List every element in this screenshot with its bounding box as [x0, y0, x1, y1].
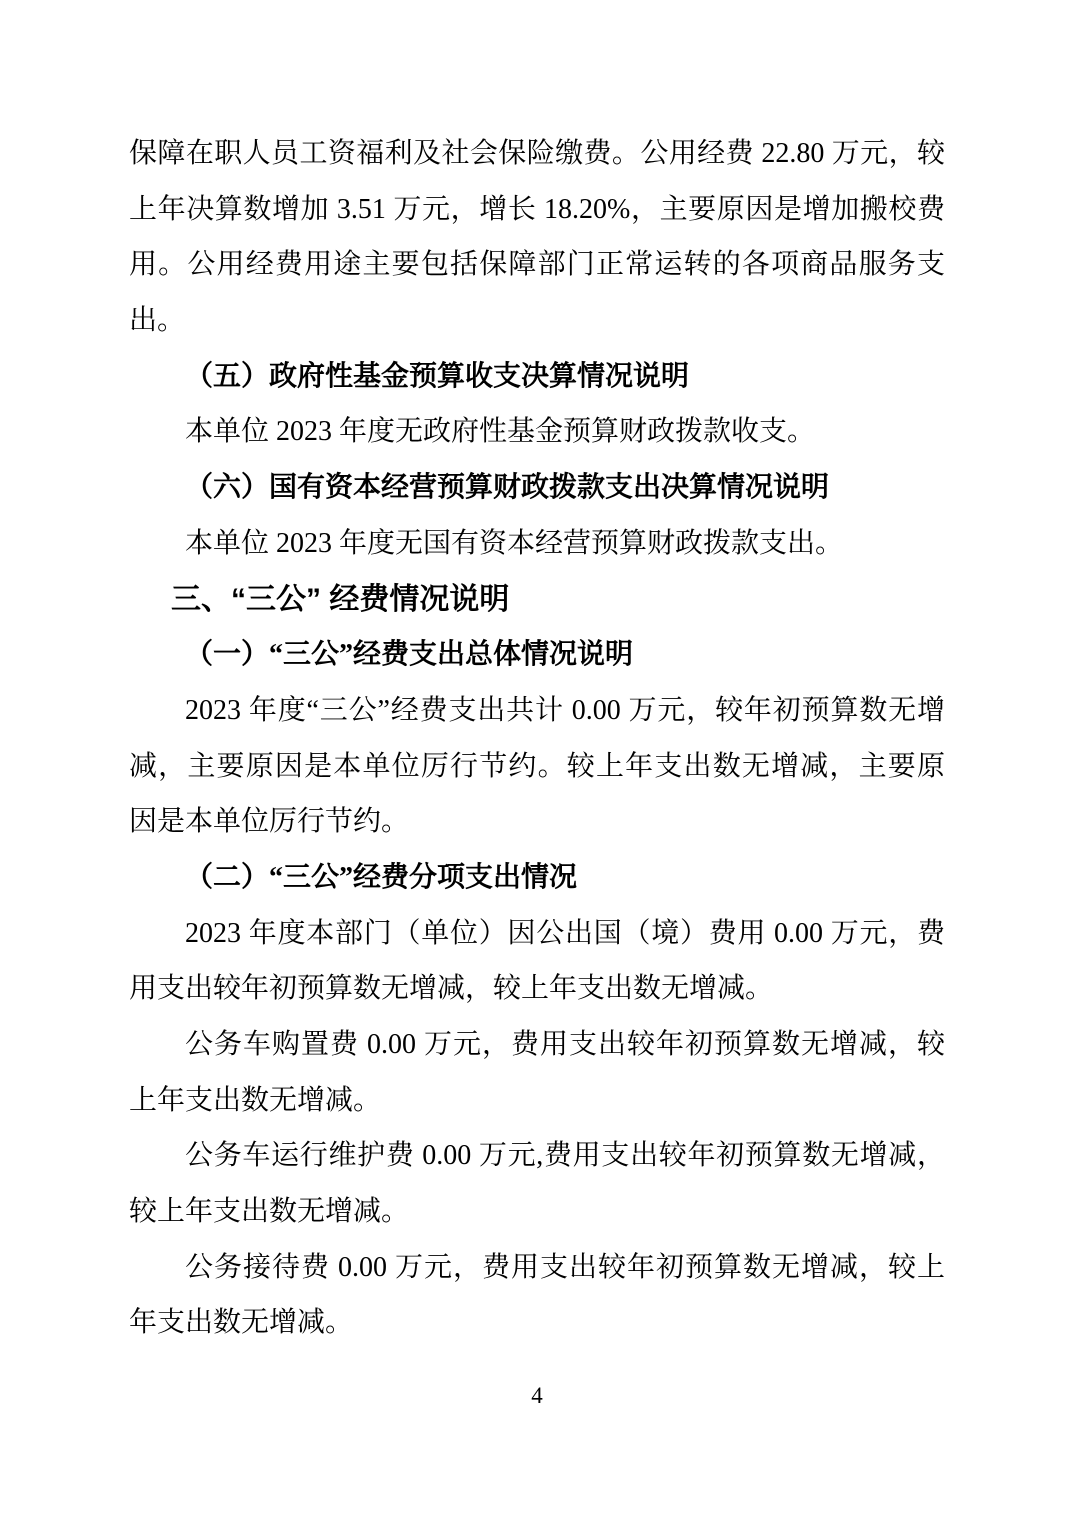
text-line: 上年决算数增加 3.51 万元，增长 18.20%，主要原因是增加搬校费 [129, 182, 945, 238]
section-heading: （五）政府性基金预算收支决算情况说明 [129, 349, 945, 405]
text-line: 因是本单位厉行节约。 [129, 794, 945, 850]
text-line: 公务车运行维护费 0.00 万元,费用支出较年初预算数无增减， [129, 1128, 945, 1184]
text-line: 出。 [129, 293, 945, 349]
text-line: 用。公用经费用途主要包括保障部门正常运转的各项商品服务支 [129, 237, 945, 293]
text-line: 2023 年度“三公”经费支出共计 0.00 万元，较年初预算数无增 [129, 683, 945, 739]
text-line: 减，主要原因是本单位厉行节约。较上年支出数无增减，主要原 [129, 739, 945, 795]
page-number: 4 [0, 1383, 1074, 1409]
text-line: 上年支出数无增减。 [129, 1073, 945, 1129]
section-heading: （六）国有资本经营预算财政拨款支出决算情况说明 [129, 460, 945, 516]
text-line: 公务车购置费 0.00 万元，费用支出较年初预算数无增减，较 [129, 1017, 945, 1073]
text-line: 公务接待费 0.00 万元，费用支出较年初预算数无增减，较上 [129, 1240, 945, 1296]
text-line: 年支出数无增减。 [129, 1295, 945, 1351]
text-line: 用支出较年初预算数无增减，较上年支出数无增减。 [129, 961, 945, 1017]
text-line: 本单位 2023 年度无国有资本经营预算财政拨款支出。 [129, 516, 945, 572]
document-body: 保障在职人员工资福利及社会保险缴费。公用经费 22.80 万元，较上年决算数增加… [129, 126, 945, 1351]
document-page: 保障在职人员工资福利及社会保险缴费。公用经费 22.80 万元，较上年决算数增加… [0, 0, 1074, 1520]
text-line: 较上年支出数无增减。 [129, 1184, 945, 1240]
text-line: 2023 年度本部门（单位）因公出国（境）费用 0.00 万元，费 [129, 906, 945, 962]
section-heading: （二）“三公”经费分项支出情况 [129, 850, 945, 906]
section-heading: （一）“三公”经费支出总体情况说明 [129, 627, 945, 683]
text-line: 本单位 2023 年度无政府性基金预算财政拨款收支。 [129, 404, 945, 460]
section-heading: 三、“三公” 经费情况说明 [129, 572, 945, 628]
text-line: 保障在职人员工资福利及社会保险缴费。公用经费 22.80 万元，较 [129, 126, 945, 182]
